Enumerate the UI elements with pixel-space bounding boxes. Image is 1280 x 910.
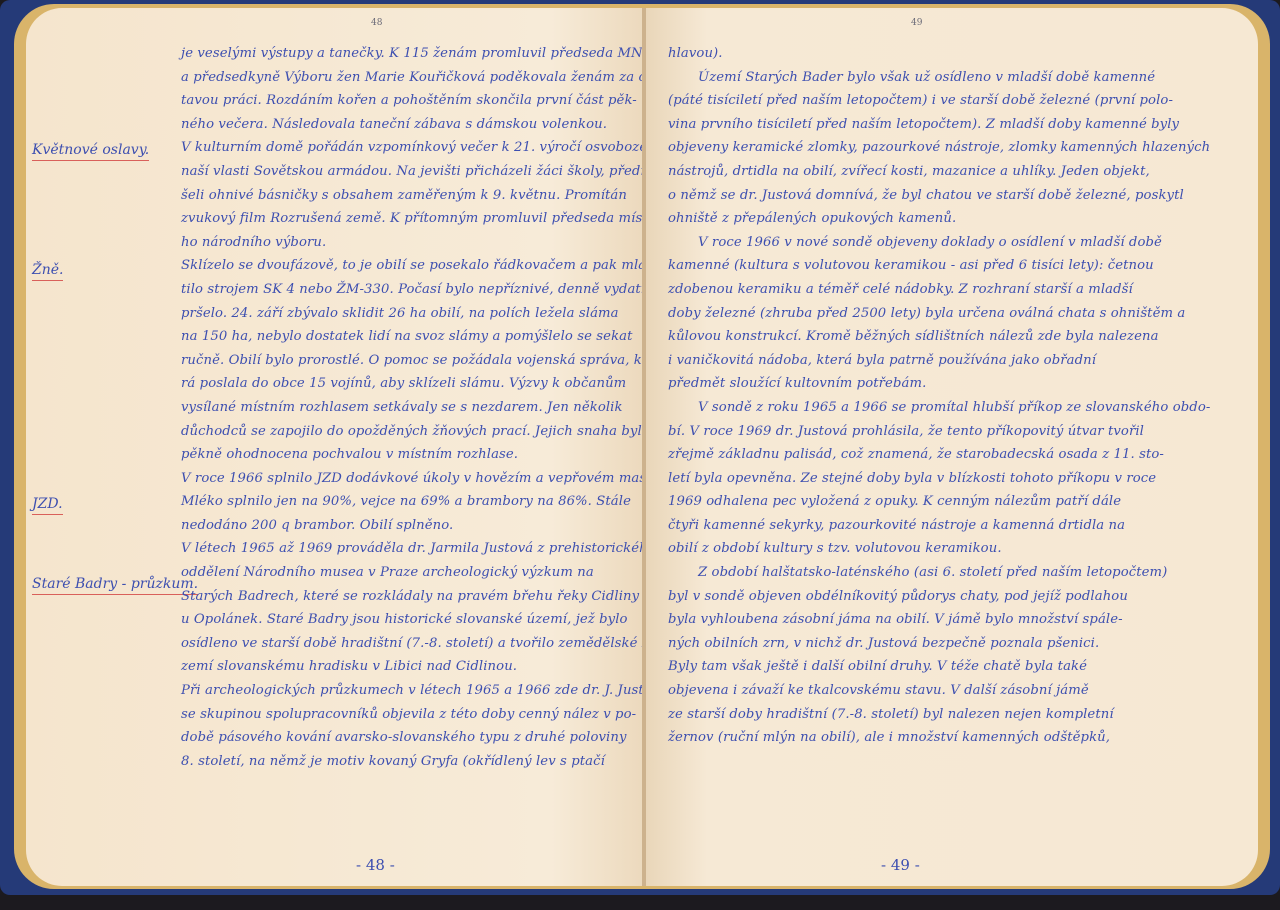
handwritten-line: tavou práci. Rozdáním kořen a pohoštěním… xyxy=(181,89,636,113)
handwritten-line: pěkně ohodnocena pochvalou v místním roz… xyxy=(181,443,636,467)
left-page-text: je veselými výstupy a tanečky. K 115 žen… xyxy=(181,42,636,773)
handwritten-line: 8. století, na němž je motiv kovaný Gryf… xyxy=(181,750,636,774)
page-number-footer: - 49 - xyxy=(881,856,920,874)
handwritten-line: zemí slovanskému hradisku v Libici nad C… xyxy=(181,655,636,679)
handwritten-line: rá poslala do obce 15 vojínů, aby sklíze… xyxy=(181,372,636,396)
handwritten-line: byl v sondě objeven obdélníkovitý půdory… xyxy=(668,585,1168,609)
handwritten-line: objeveny keramické zlomky, pazourkové ná… xyxy=(668,136,1168,160)
handwritten-line: objevena i závaží ke tkalcovskému stavu.… xyxy=(668,679,1168,703)
handwritten-line: se skupinou spolupracovníků objevila z t… xyxy=(181,703,636,727)
handwritten-line: době pásového kování avarsko-slovanského… xyxy=(181,726,636,750)
handwritten-line: čtyři kamenné sekyrky, pazourkovité nást… xyxy=(668,514,1168,538)
handwritten-line: u Opolánek. Staré Badry jsou historické … xyxy=(181,608,636,632)
left-page: 48 Květnové oslavy.Žně.JZD.Staré Badry -… xyxy=(26,8,644,886)
handwritten-line: nástrojů, drtidla na obilí, zvířecí kost… xyxy=(668,160,1168,184)
handwritten-line: ného večera. Následovala taneční zábava … xyxy=(181,113,636,137)
margin-heading: Žně. xyxy=(32,262,63,281)
handwritten-line: o němž se dr. Justová domnívá, že byl ch… xyxy=(668,184,1168,208)
handwritten-line: vina prvního tisíciletí před naším letop… xyxy=(668,113,1168,137)
handwritten-line: obilí z období kultury s tzv. volutovou … xyxy=(668,537,1168,561)
handwritten-line: na 150 ha, nebylo dostatek lidí na svoz … xyxy=(181,325,636,349)
handwritten-line: V sondě z roku 1965 a 1966 se promítal h… xyxy=(668,396,1168,420)
handwritten-line: doby železné (zhruba před 2500 lety) byl… xyxy=(668,302,1168,326)
handwritten-line: šeli ohnivé básničky s obsahem zaměřeným… xyxy=(181,184,636,208)
handwritten-line: tilo strojem SK 4 nebo ŽM-330. Počasí by… xyxy=(181,278,636,302)
handwritten-line: ohniště z přepálených opukových kamenů. xyxy=(668,207,1168,231)
handwritten-line: bí. V roce 1969 dr. Justová prohlásila, … xyxy=(668,420,1168,444)
handwritten-line: letí byla opevněna. Ze stejné doby byla … xyxy=(668,467,1168,491)
handwritten-line: V roce 1966 v nové sondě objeveny doklad… xyxy=(668,231,1168,255)
handwritten-line: byla vyhloubena zásobní jáma na obilí. V… xyxy=(668,608,1168,632)
handwritten-line: i vaničkovitá nádoba, která byla patrně … xyxy=(668,349,1168,373)
handwritten-line: osídleno ve starší době hradištní (7.-8.… xyxy=(181,632,636,656)
handwritten-line: zvukový film Rozrušená země. K přítomným… xyxy=(181,207,636,231)
handwritten-line: ho národního výboru. xyxy=(181,231,636,255)
handwritten-line: Území Starých Bader bylo však už osídlen… xyxy=(668,66,1168,90)
handwritten-line: předmět sloužící kultovním potřebám. xyxy=(668,372,1168,396)
handwritten-line: a předsedkyně Výboru žen Marie Kouřičkov… xyxy=(181,66,636,90)
handwritten-line: V roce 1966 splnilo JZD dodávkové úkoly … xyxy=(181,467,636,491)
handwritten-line: zřejmě základnu palisád, což znamená, že… xyxy=(668,443,1168,467)
page-number-footer: - 48 - xyxy=(356,856,395,874)
handwritten-line: naší vlasti Sovětskou armádou. Na jevišt… xyxy=(181,160,636,184)
handwritten-line: V létech 1965 až 1969 prováděla dr. Jarm… xyxy=(181,537,636,561)
handwritten-line: kamenné (kultura s volutovou keramikou -… xyxy=(668,254,1168,278)
handwritten-line: oddělení Národního musea v Praze archeol… xyxy=(181,561,636,585)
handwritten-line: Sklízelo se dvoufázově, to je obilí se p… xyxy=(181,254,636,278)
right-page-text: hlavou).Území Starých Bader bylo však už… xyxy=(668,42,1168,750)
handwritten-line: žernov (ruční mlýn na obilí), ale i množ… xyxy=(668,726,1168,750)
handwritten-line: vysílané místním rozhlasem setkávaly se … xyxy=(181,396,636,420)
handwritten-line: zdobenou keramiku a téměř celé nádobky. … xyxy=(668,278,1168,302)
margin-heading: Staré Badry - průzkum. xyxy=(32,576,198,595)
handwritten-line: (páté tisíciletí před naším letopočtem) … xyxy=(668,89,1168,113)
handwritten-line: pršelo. 24. září zbývalo sklidit 26 ha o… xyxy=(181,302,636,326)
handwritten-line: ných obilních zrn, v nichž dr. Justová b… xyxy=(668,632,1168,656)
handwritten-line: je veselými výstupy a tanečky. K 115 žen… xyxy=(181,42,636,66)
handwritten-line: 1969 odhalena pec vyložená z opuky. K ce… xyxy=(668,490,1168,514)
right-page: 49 hlavou).Území Starých Bader bylo však… xyxy=(646,8,1258,886)
handwritten-line: Mléko splnilo jen na 90%, vejce na 69% a… xyxy=(181,490,636,514)
handwritten-line: hlavou). xyxy=(668,42,1168,66)
handwritten-line: ze starší doby hradištní (7.-8. století)… xyxy=(668,703,1168,727)
handwritten-line: důchodců se zapojilo do opožděných žňový… xyxy=(181,420,636,444)
handwritten-line: Z období halštatsko-laténského (asi 6. s… xyxy=(668,561,1168,585)
handwritten-line: Starých Badrech, které se rozkládaly na … xyxy=(181,585,636,609)
margin-heading: Květnové oslavy. xyxy=(32,142,149,161)
margin-heading: JZD. xyxy=(32,496,63,515)
handwritten-line: ručně. Obilí bylo prorostlé. O pomoc se … xyxy=(181,349,636,373)
pencil-page-number: 48 xyxy=(371,18,382,28)
pencil-page-number: 49 xyxy=(911,18,922,28)
handwritten-line: Při archeologických průzkumech v létech … xyxy=(181,679,636,703)
handwritten-line: V kulturním domě pořádán vzpomínkový več… xyxy=(181,136,636,160)
handwritten-line: Byly tam však ještě i další obilní druhy… xyxy=(668,655,1168,679)
handwritten-line: nedodáno 200 q brambor. Obilí splněno. xyxy=(181,514,636,538)
handwritten-line: kůlovou konstrukcí. Kromě běžných sídliš… xyxy=(668,325,1168,349)
